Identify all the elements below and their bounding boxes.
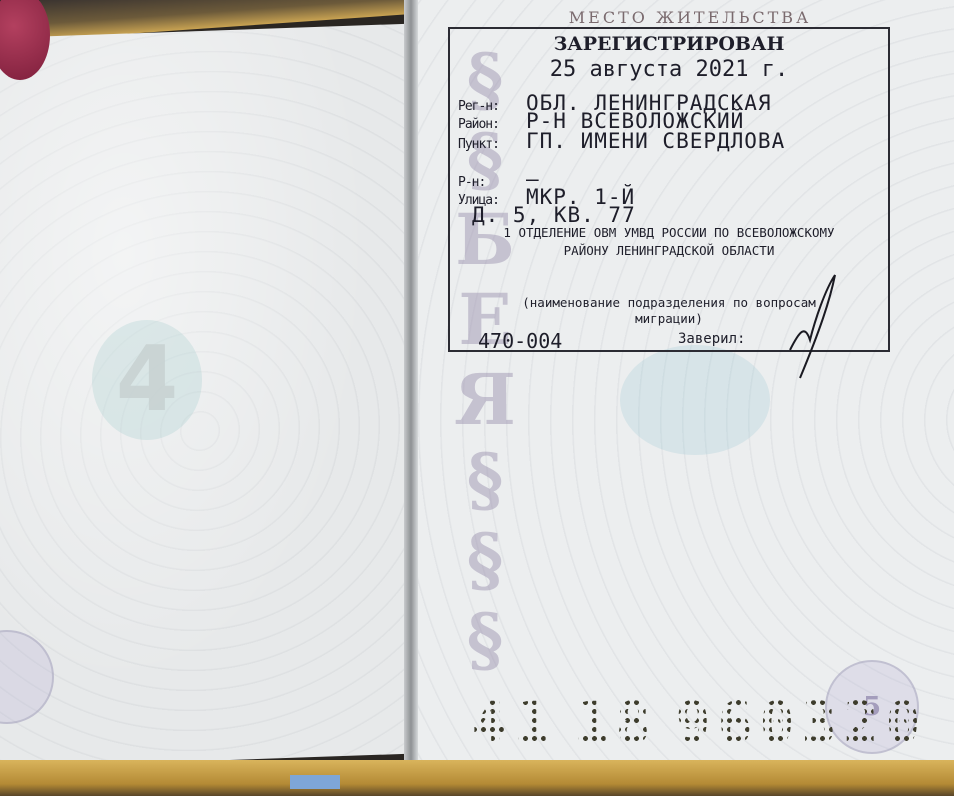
perforated-digit: 0 [884,689,922,757]
department-line-2: РАЙОНУ ЛЕНИНГРАДСКОЙ ОБЛАСТИ [450,243,888,258]
perforated-digit: 2 [842,689,880,757]
perforated-digit: 9 [674,689,712,757]
signature [780,270,850,380]
perforated-passport-number: 4 1 1 8 9 6 0 3 2 0 [470,688,940,758]
perforated-digit: 6 [716,689,754,757]
perforated-digit: 4 [470,689,508,757]
passport-spine [404,0,418,780]
certified-label: Заверил: [678,331,745,347]
perforated-digit: 3 [800,689,838,757]
field-settlement: Пункт:ГП. ИМЕНИ СВЕРДЛОВА [458,129,785,153]
left-page [0,24,412,768]
cover-blue-insert [290,775,340,789]
registration-date: 25 августа 2021 г. [450,57,888,82]
passport-cover-bottom-edge [0,760,954,796]
perforated-digit: 1 [572,689,610,757]
department-code: 470-004 [478,329,562,353]
page-number-watermark-right [620,345,770,455]
stamp-title: ЗАРЕГИСТРИРОВАН [450,33,888,55]
perforated-digit: 1 [512,689,550,757]
field-house-apartment: Д. 5, КВ. 77 [472,203,636,227]
page-number-watermark-left: 4 [92,320,202,440]
section-header: МЕСТО ЖИТЕЛЬСТВА [540,8,840,27]
perforated-digit: 8 [614,689,652,757]
perforated-digit: 0 [758,689,796,757]
department-line-1: 1 ОТДЕЛЕНИЕ ОВМ УМВД РОССИИ ПО ВСЕВОЛОЖС… [450,225,888,240]
